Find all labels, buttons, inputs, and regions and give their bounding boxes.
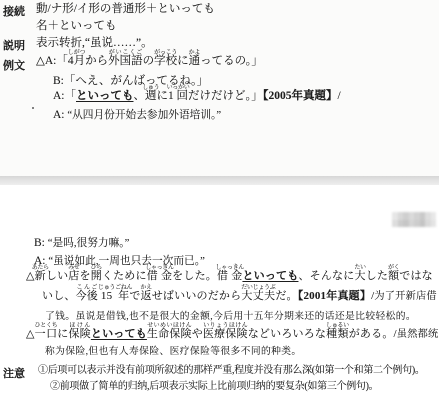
text-segment: くために [102,270,147,282]
text-segment: 保険ほけん [68,328,90,340]
text-segment: 、そんなに [298,270,354,282]
note-line-2: ②前项做了简单的归纳,后项表示实际上比前项归纳的要复杂(如第三个例句)。 [50,381,378,392]
example1-line-a: △A:「4月しがつから外国語がいこくごの学校がっこうに通かよってるの。」 [36,50,263,68]
text-segment: 借金しゃっきん [217,270,242,282]
text-segment: A: [53,109,67,121]
text-segment: 大たい [354,270,365,282]
page-divider-band [0,176,439,185]
text-segment: “是吗,很努力嘛。” [48,237,130,249]
text-segment: に [177,55,189,67]
text-segment: ②前项做了简单的归纳,后项表示实际上比前项归纳的要复杂(如第三个例句)。 [50,381,378,392]
text-segment: 動/ナ形/イ形の普通形＋といっても [36,3,215,15]
text-segment: や [192,328,203,340]
text-segment: の [143,55,155,67]
text-segment: A:「 [53,90,76,102]
text-segment: 医療保険いりょうほけん [203,328,248,340]
watermark-cell [431,212,437,220]
text-segment: 外国語がいこくご [108,55,143,67]
text-segment: 通かよ [189,55,201,67]
censored-watermark [392,212,436,227]
dialog-line-b: B: “是吗,很努力嘛。” [34,237,129,250]
text-segment: 名＋といっても [36,20,117,32]
text-segment: などいろいろな [248,328,326,340]
text-segment: 一口ひとくち [35,328,58,340]
text-segment: 为了开新店借 [374,291,437,302]
text-segment: 返かえ [141,290,152,302]
label-explanation: 説明 [3,37,25,53]
text-segment: 【2005年真題】 [263,90,338,102]
scan-speck [32,107,34,109]
example3-translation: 称为保险,但也有人寿保险、医疗保险等很多不同的种类。 [45,346,302,358]
text-segment: B: [34,237,48,249]
text-segment: 開ひら [91,270,102,282]
text-segment: した [366,270,388,282]
text-segment: 店みせ [68,270,79,282]
text-segment: 学校がっこう [154,55,177,67]
text-segment: いし、 [42,290,76,302]
text-segment: △A:「 [36,55,68,67]
text-segment: 新あたら [35,270,46,282]
text-segment: 額がく [388,270,399,282]
connection-line-2: 名＋といっても [36,20,117,33]
example2-line-2: いし、今後こんご15年じゅうごねんで返かえせばいいのだから大丈夫だいじょうぶだ。… [42,285,437,302]
text-segment: から [85,55,108,67]
watermark-cell [431,220,437,228]
text-segment: 今後こんご [76,290,98,302]
example1-translation: A: “从四月份开始去参加外语培训。” [53,109,221,122]
connection-line-1: 動/ナ形/イ形の普通形＋といっても [36,3,215,16]
text-segment: をした。 [172,270,217,282]
text-segment: ってるの。」 [200,55,263,67]
label-examples: 例文 [3,57,25,73]
explanation-line: 表示转折,“虽说……”。 [36,37,153,50]
text-segment: だ。 [275,290,297,302]
text-segment: で [129,290,140,302]
example3-line-1: △一口ひとくちに保険ほけんといっても生命保険せいめいほけんや医療保険いりょうほけ… [26,323,439,340]
text-segment: しい [46,270,68,282]
text-segment: 借金しゃっきん [147,270,172,282]
example2-line-1: △新あたらしい店みせを開ひらくために借金しゃっきんをした。借金しゃっきんといって… [26,265,433,282]
text-segment: 称为保险,但也有人寿保险、医疗保险等很多不同的种类。 [45,346,302,357]
text-segment: といっても [76,90,134,102]
text-segment: 15年じゅうごねん [98,290,129,302]
text-segment: だけだけど。」 [188,90,263,102]
text-segment: といっても [242,270,298,282]
text-segment: / [338,90,341,102]
text-segment: 1回いっかい [168,90,188,102]
text-segment: 【2001年真題】 [298,290,371,302]
label-notes: 注意 [3,365,25,381]
text-segment: せばいいのだから [152,290,242,302]
text-segment: といっても [91,328,147,340]
text-segment: △ [26,328,35,340]
text-segment: 了钱。虽说是借钱,也不是很大的金额,今后用十五年分期来还的话还是比较轻松的。 [45,311,416,322]
label-connection: 接続 [3,3,25,19]
note-line-1: ①后项可以表示并没有前项所叙述的那样严重,程度并没有那么深(如第一个和第二个例句… [38,365,425,376]
text-segment: 生命保険せいめいほけん [147,328,192,340]
text-segment: 4月しがつ [68,55,85,67]
text-segment: 週しゅう [145,90,157,102]
text-segment: に [57,328,68,340]
text-segment: がある。/ [349,328,397,340]
example2-translation: 了钱。虽说是借钱,也不是很大的金额,今后用十五年分期来还的话还是比较轻松的。 [45,311,416,323]
example1-line-a2: A:「といっても、週しゅうに1回いっかいだけだけど。」【2005年真題】/ [53,85,341,103]
text-segment: 表示转折,“虽说……”。 [36,37,153,49]
text-segment: “从四月份开始去参加外语培训。” [67,109,221,121]
text-segment: 大丈夫だいじょうぶ [241,290,275,302]
text-segment: を [79,270,90,282]
text-segment: ①后项可以表示并没有前项所叙述的那样严重,程度并没有那么深(如第一个和第二个例句… [38,365,425,376]
text-segment: ではな [399,270,433,282]
text-segment: 種類しゅるい [326,328,349,340]
text-segment: 虽然都统 [397,329,439,340]
